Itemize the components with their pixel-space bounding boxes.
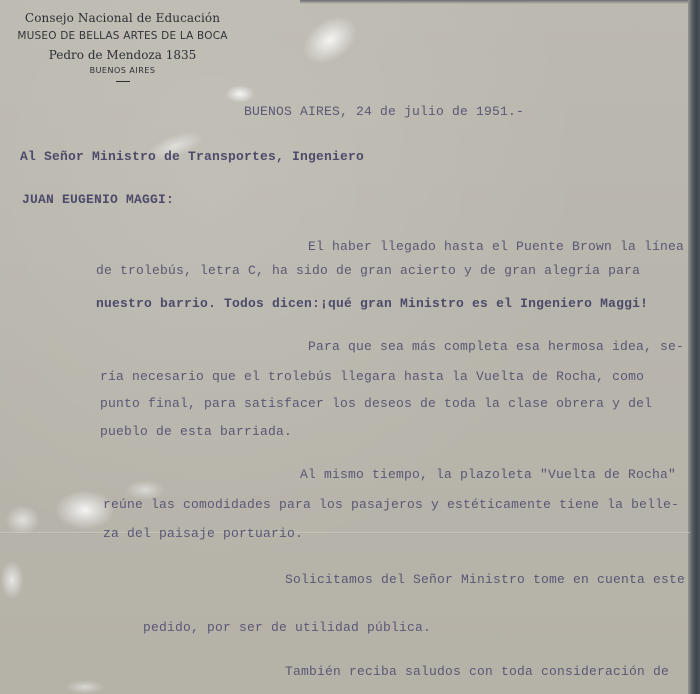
glare-reflection: [294, 6, 366, 73]
paragraph-1-line-1: El haber llegado hasta el Puente Brown l…: [308, 239, 684, 254]
glare-reflection: [5, 505, 40, 535]
paragraph-1-line-2: de trolebús, letra C, ha sido de gran ac…: [96, 263, 640, 278]
letterhead-institution: MUSEO DE BELLAS ARTES DE LA BOCA: [10, 30, 235, 42]
paragraph-5-line-1: También reciba saludos con toda consider…: [285, 664, 669, 679]
date-line: BUENOS AIRES, 24 de julio de 1951.-: [244, 104, 524, 119]
letterhead-address: Pedro de Mendoza 1835: [10, 48, 235, 62]
paragraph-4-line-1: Solicitamos del Señor Ministro tome en c…: [285, 572, 685, 587]
letterhead-city: BUENOS AIRES: [10, 66, 235, 75]
glare-reflection: [0, 560, 24, 600]
letter-page: Consejo Nacional de Educación MUSEO DE B…: [0, 0, 700, 694]
paragraph-1-line-3: nuestro barrio. Todos dicen:¡qué gran Mi…: [96, 296, 648, 311]
paragraph-2-line-2: ría necesario que el trolebús llegara ha…: [100, 369, 644, 384]
paragraph-2-line-3: punto final, para satisfacer los deseos …: [100, 396, 652, 411]
letterhead: Consejo Nacional de Educación MUSEO DE B…: [10, 6, 235, 82]
salutation-line-1: Al Señor Ministro de Transportes, Ingeni…: [20, 149, 364, 164]
paragraph-2-line-4: pueblo de esta barriada.: [100, 424, 292, 439]
glare-reflection: [225, 85, 255, 103]
glare-reflection: [65, 680, 105, 694]
binder-edge: [688, 0, 700, 694]
paragraph-4-line-2: pedido, por ser de utilidad pública.: [143, 620, 431, 635]
paragraph-3-line-3: za del paisaje portuario.: [103, 526, 303, 541]
sleeve-top-edge: [300, 0, 700, 4]
salutation-line-2: JUAN EUGENIO MAGGI:: [22, 192, 174, 207]
paragraph-3-line-1: Al mismo tiempo, la plazoleta "Vuelta de…: [300, 467, 676, 482]
paragraph-3-line-2: reúne las comodidades para los pasajeros…: [103, 497, 679, 512]
letterhead-organization: Consejo Nacional de Educación: [10, 11, 235, 25]
letterhead-rule: [116, 81, 130, 82]
paragraph-2-line-1: Para que sea más completa esa hermosa id…: [308, 339, 684, 354]
